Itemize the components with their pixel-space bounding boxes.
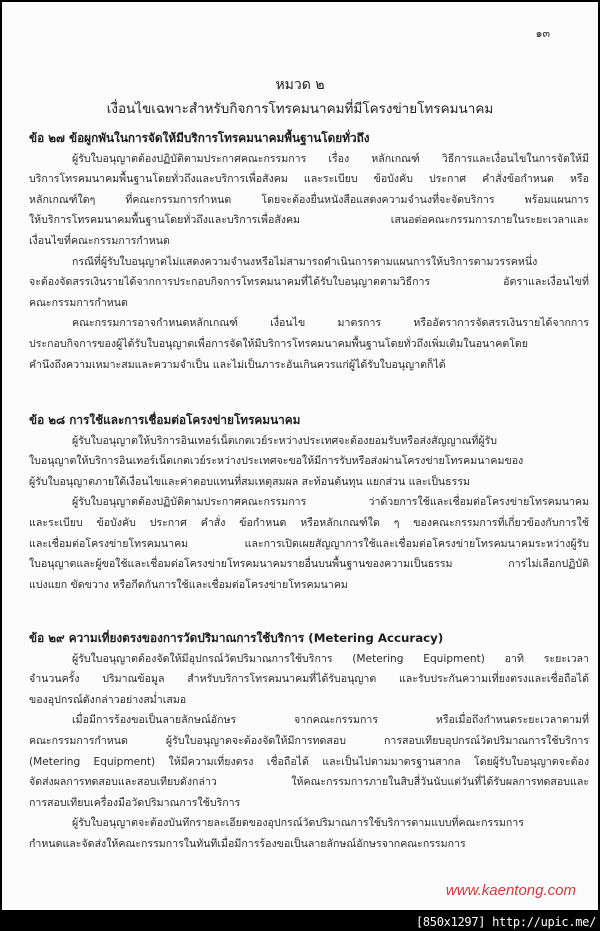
text-line: ให้บริการโทรคมนาคมพื้นฐานโดยทั่วถึงและบร… [29,210,589,231]
page-number: ๑๓ [535,24,550,42]
text-line: เงื่อนไขที่คณะกรรมการกำหนด [29,231,589,252]
text-line: กรณีที่ผู้รับใบอนุญาตไม่แสดงความจำนงหรือ… [29,252,589,273]
text-line: คณะกรรมการกำหนด ผู้รับใบอนุญาตจะต้องจัดใ… [29,731,589,752]
text-line: ใบอนุญาตและผู้ขอใช้และเชื่อมต่อโครงข่ายโ… [29,554,589,575]
text-line: ประกอบกิจการของผู้ได้รับใบอนุญาตเพื่อการ… [29,334,589,355]
image-size-label: [850x1297] http://upic.me/ [416,915,596,929]
text-line: คำนึงถึงความเหมาะสมและความจำเป็น และไม่เ… [29,355,589,376]
text-line: จะต้องจัดสรรเงินรายได้จากการประกอบกิจการ… [29,272,589,293]
watermark-link[interactable]: www.kaentong.com [446,882,576,899]
text-line: บริการโทรคมนาคมพื้นฐานโดยทั่วถึงและบริกา… [29,169,589,190]
text-line: หลักเกณฑ์ใดๆ ที่คณะกรรมการกำหนด โดยจะต้อ… [29,190,589,211]
document-page: ๑๓ หมวด ๒ เงื่อนไขเฉพาะสำหรับกิจการโทรคม… [2,2,598,910]
text-line: ของอุปกรณ์ดังกล่าวอย่างสม่ำเสมอ [29,690,589,711]
section-29: ข้อ ๒๙ ความเที่ยงตรงของการวัดปริมาณการใช… [29,628,589,855]
chapter-heading: หมวด ๒ [2,74,598,96]
text-line: การสอบเทียบเครื่องมือวัดปริมาณการใช้บริก… [29,793,589,814]
text-line: ผู้รับใบอนุญาตต้องปฏิบัติตามประกาศคณะกรร… [29,492,589,513]
text-line: ผู้รับใบอนุญาตต้องจัดให้มีอุปกรณ์วัดปริม… [29,649,589,670]
text-line: และเชื่อมต่อโครงข่ายโทรคมนาคม และการเปิด… [29,534,589,555]
text-line: ผู้รับใบอนุญาตจะต้องบันทึกรายละเอียดของอ… [29,813,589,834]
text-line: กำหนดและจัดส่งให้คณะกรรมการในทันทีเมื่อม… [29,834,589,855]
chapter-subtitle: เงื่อนไขเฉพาะสำหรับกิจการโทรคมนาคมที่มีโ… [2,97,598,119]
section-title: ข้อ ๒๙ ความเที่ยงตรงของการวัดปริมาณการใช… [29,628,589,649]
text-line: คณะกรรมการอาจกำหนดหลักเกณฑ์ เงื่อนไข มาต… [29,313,589,334]
section-title: ข้อ ๒๗ ข้อผูกพันในการจัดให้มีบริการโทรคม… [29,128,589,149]
text-line: ผู้รับใบอนุญาตต้องปฏิบัติตามประกาศคณะกรร… [29,149,589,170]
text-line: ผู้รับใบอนุญาตให้บริการอินเทอร์เน็ตเกตเว… [29,431,589,452]
text-line: ใบอนุญาตให้บริการอินเทอร์เน็ตเกตเวย์ระหว… [29,451,589,472]
text-line: จัดส่งผลการทดสอบและสอบเทียบดังกล่าว ให้ค… [29,772,589,793]
text-line: เมื่อมีการร้องขอเป็นลายลักษณ์อักษร จากคณ… [29,710,589,731]
text-line: ผู้รับใบอนุญาตภายใต้เงื่อนไขและค่าตอบแทน… [29,472,589,493]
section-28: ข้อ ๒๘ การใช้และการเชื่อมต่อโครงข่ายโทรค… [29,410,589,595]
text-line: (Metering Equipment) ให้มีความเที่ยงตรง … [29,752,589,773]
section-27: ข้อ ๒๗ ข้อผูกพันในการจัดให้มีบริการโทรคม… [29,128,589,375]
text-line: แบ่งแยก ขัดขวาง หรือกีดกันการใช้และเชื่อ… [29,575,589,596]
text-line: คณะกรรมการกำหนด [29,293,589,314]
text-line: จำนวนครั้ง ปริมาณข้อมูล สำหรับบริการโทรค… [29,669,589,690]
text-line: และระเบียบ ข้อบังคับ ประกาศ คำสั่ง ข้อกำ… [29,513,589,534]
section-title: ข้อ ๒๘ การใช้และการเชื่อมต่อโครงข่ายโทรค… [29,410,589,431]
